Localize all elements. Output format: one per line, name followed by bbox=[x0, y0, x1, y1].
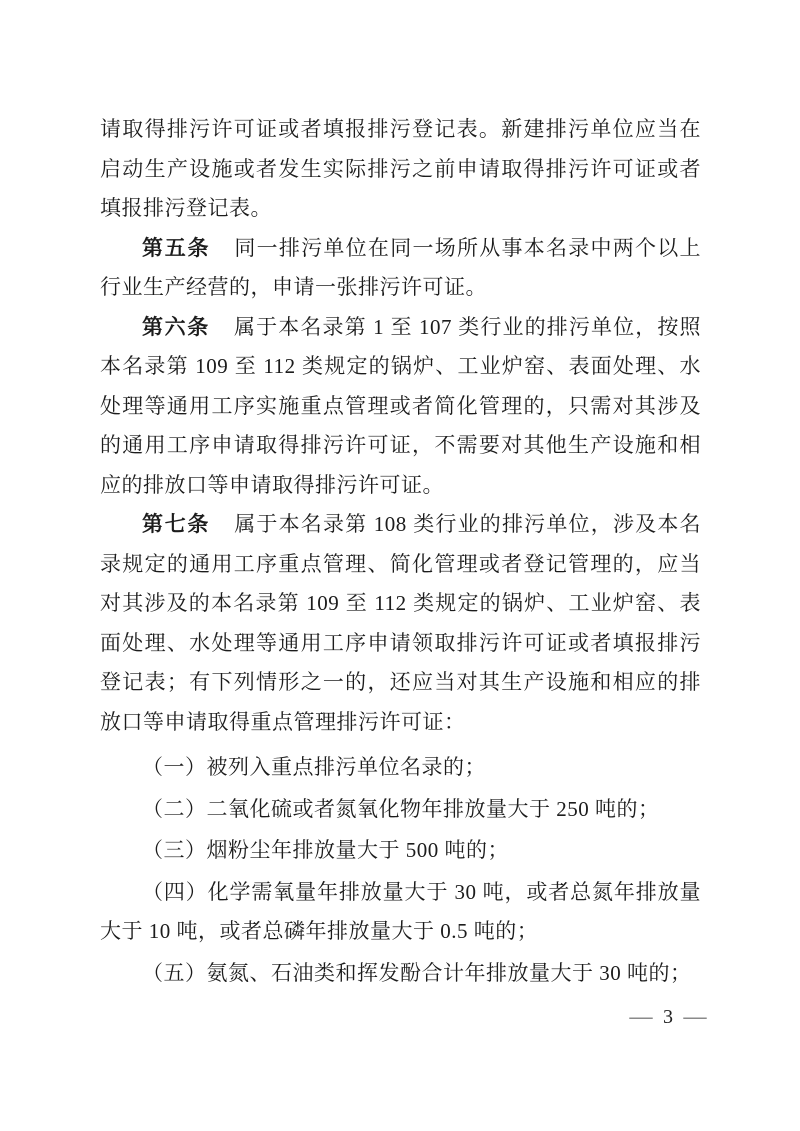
page-number-footer: — 3 — bbox=[631, 1003, 705, 1031]
list-item-5: （五）氨氮、石油类和挥发酚合计年排放量大于 30 吨的； bbox=[100, 954, 701, 994]
paragraph-article-6: 第六条属于本名录第 1 至 107 类行业的排污单位，按照本名录第 109 至 … bbox=[100, 308, 701, 506]
article-6-number: 第六条 bbox=[142, 316, 234, 339]
list-item-4: （四）化学需氧量年排放量大于 30 吨，或者总氮年排放量大于 10 吨，或者总磷… bbox=[100, 873, 701, 952]
list-item-2: （二）二氧化硫或者氮氧化物年排放量大于 250 吨的； bbox=[100, 790, 701, 830]
list-item-1: （一）被列入重点排污单位名录的； bbox=[100, 748, 701, 788]
paragraph-article-7: 第七条属于本名录第 108 类行业的排污单位，涉及本名录规定的通用工序重点管理、… bbox=[100, 505, 701, 742]
document-page: 请取得排污许可证或者填报排污登记表。新建排污单位应当在启动生产设施或者发生实际排… bbox=[0, 0, 800, 1131]
article-7-number: 第七条 bbox=[142, 513, 234, 536]
paragraph-text: 属于本名录第 1 至 107 类行业的排污单位，按照本名录第 109 至 112… bbox=[100, 315, 701, 497]
document-body: 请取得排污许可证或者填报排污登记表。新建排污单位应当在启动生产设施或者发生实际排… bbox=[100, 110, 701, 993]
page-number-dash-left: — bbox=[628, 1003, 654, 1031]
paragraph-text: （一）被列入重点排污单位名录的； bbox=[142, 755, 486, 779]
paragraph-continuation: 请取得排污许可证或者填报排污登记表。新建排污单位应当在启动生产设施或者发生实际排… bbox=[100, 110, 701, 229]
paragraph-text: （五）氨氮、石油类和挥发酚合计年排放量大于 30 吨的； bbox=[142, 961, 692, 985]
paragraph-article-5: 第五条同一排污单位在同一场所从事本名录中两个以上行业生产经营的，申请一张排污许可… bbox=[100, 229, 701, 308]
article-5-number: 第五条 bbox=[142, 237, 234, 260]
paragraph-text: 请取得排污许可证或者填报排污登记表。新建排污单位应当在启动生产设施或者发生实际排… bbox=[100, 117, 701, 220]
paragraph-text: （四）化学需氧量年排放量大于 30 吨，或者总氮年排放量大于 10 吨，或者总磷… bbox=[100, 880, 701, 944]
paragraph-text: （二）二氧化硫或者氮氧化物年排放量大于 250 吨的； bbox=[142, 797, 660, 821]
list-item-3: （三）烟粉尘年排放量大于 500 吨的； bbox=[100, 831, 701, 871]
paragraph-text: 属于本名录第 108 类行业的排污单位，涉及本名录规定的通用工序重点管理、简化管… bbox=[100, 512, 701, 734]
page-number: 3 bbox=[663, 1003, 673, 1031]
paragraph-text: （三）烟粉尘年排放量大于 500 吨的； bbox=[142, 838, 509, 862]
page-number-dash-right: — bbox=[682, 1003, 708, 1031]
